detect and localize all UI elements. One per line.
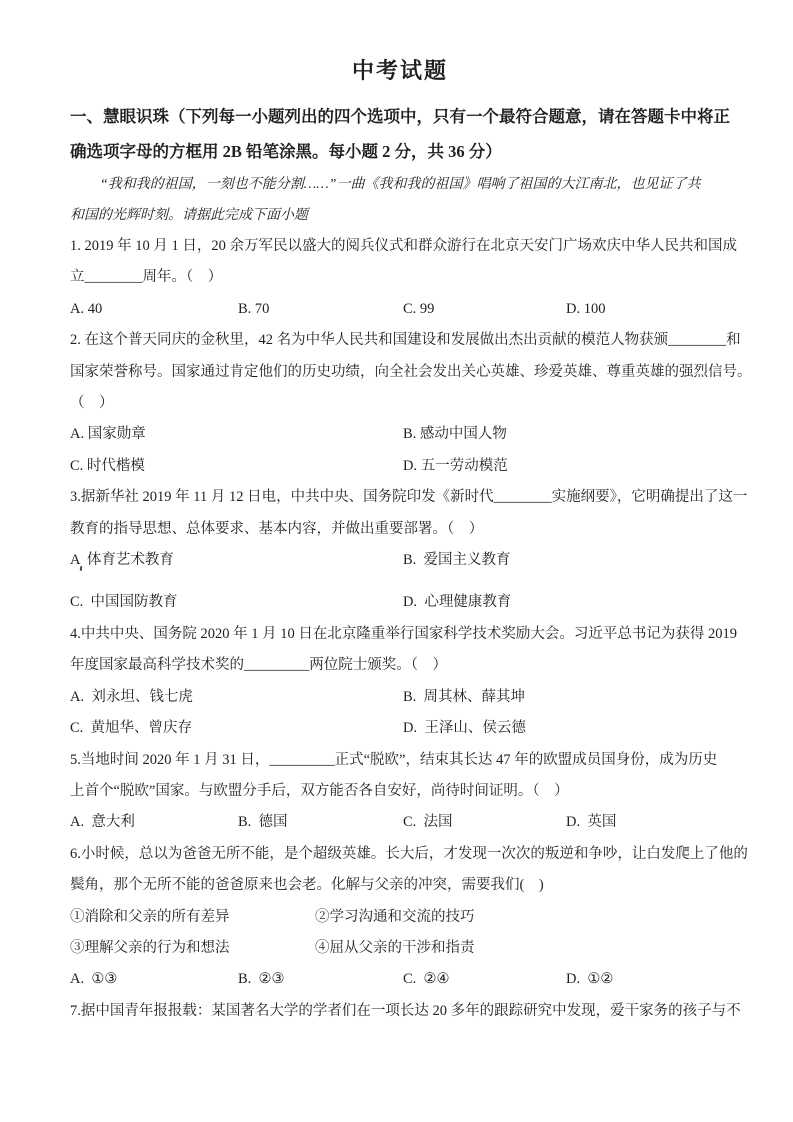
option-b: B. 感动中国人物 — [403, 419, 730, 450]
option-c: C. 中国国防教育 — [70, 587, 403, 618]
question-2-line2: 国家荣誉称号。国家通过肯定他们的历史功绩，向全社会发出关心英雄、珍爱英雄、尊重英… — [70, 357, 730, 388]
section-heading: 一、慧眼识珠（下列每一小题列出的四个选项中，只有一个最符合题意，请在答题卡中将正… — [70, 99, 730, 169]
intro-line2: 和国的光辉时刻。请据此完成下面小题 — [70, 200, 730, 231]
exam-page: 中考试题 一、慧眼识珠（下列每一小题列出的四个选项中，只有一个最符合题意，请在答… — [0, 0, 793, 1122]
substatement-3: ③理解父亲的行为和想法 — [70, 933, 315, 964]
option-c: C. 黄旭华、曾庆存 — [70, 713, 403, 744]
option-b: B. 爱国主义教育 — [403, 545, 730, 576]
option-b: B. 70 — [238, 294, 403, 325]
option-d: D. 王泽山、侯云德 — [403, 713, 730, 744]
intro-line1: “我和我的祖国，一刻也不能分割……”一曲《我和我的祖国》唱响了祖国的大江南北，也… — [70, 169, 730, 200]
option-a: A. 国家勋章 — [70, 419, 403, 450]
question-5-options: A. 意大利 B. 德国 C. 法国 D. 英国 — [70, 807, 730, 838]
option-a: A. 意大利 — [70, 807, 238, 838]
question-3: 3.据新华社 2019 年 11 月 12 日电，中共中央、国务院印发《新时代_… — [70, 482, 730, 619]
substatement-2: ②学习沟通和交流的技巧 — [315, 902, 730, 933]
option-d: D. 五一劳动模范 — [403, 451, 730, 482]
question-6-substatements-row1: ①消除和父亲的所有差异 ②学习沟通和交流的技巧 — [70, 902, 730, 933]
option-d: D. ①② — [566, 964, 730, 995]
document-content: 中考试题 一、慧眼识珠（下列每一小题列出的四个选项中，只有一个最符合题意，请在答… — [70, 56, 730, 1027]
question-1-line1: 1. 2019 年 10 月 1 日，20 余万军民以盛大的阅兵仪式和群众游行在… — [70, 231, 730, 262]
question-1-options: A. 40 B. 70 C. 99 D. 100 — [70, 294, 730, 325]
question-6-line2: 鬓角，那个无所不能的爸爸原来也会老。化解与父亲的冲突，需要我们( ) — [70, 870, 730, 901]
option-b: B. ②③ — [238, 964, 403, 995]
question-4: 4.中共中央、国务院 2020 年 1 月 10 日在北京隆重举行国家科学技术奖… — [70, 619, 730, 745]
question-4-line1: 4.中共中央、国务院 2020 年 1 月 10 日在北京隆重举行国家科学技术奖… — [70, 619, 730, 650]
option-a: A. ①③ — [70, 964, 238, 995]
section-heading-line2: 确选项字母的方框用 2B 铅笔涂黑。每小题 2 分，共 36 分） — [70, 134, 730, 169]
question-2: 2. 在这个普天同庆的金秋里，42 名为中华人民共和国建设和发展做出杰出贡献的模… — [70, 325, 730, 482]
question-4-options-row1: A. 刘永坦、钱七虎 B. 周其林、薛其坤 — [70, 682, 730, 713]
question-6-options: A. ①③ B. ②③ C. ②④ D. ①② — [70, 964, 730, 995]
option-c: C. 时代楷模 — [70, 451, 403, 482]
question-4-options-row2: C. 黄旭华、曾庆存 D. 王泽山、侯云德 — [70, 713, 730, 744]
question-7-line1: 7.据中国青年报报载：某国著名大学的学者们在一项长达 20 多年的跟踪研究中发现… — [70, 996, 730, 1027]
question-3-line2: 教育的指导思想、总体要求、基本内容，并做出重要部署。（ ） — [70, 514, 730, 545]
substatement-4: ④屈从父亲的干涉和指责 — [315, 933, 730, 964]
question-5-line1: 5.当地时间 2020 年 1 月 31 日，_________正式“脱欧”，结… — [70, 745, 730, 776]
substatement-1: ①消除和父亲的所有差异 — [70, 902, 315, 933]
question-7: 7.据中国青年报报载：某国著名大学的学者们在一项长达 20 多年的跟踪研究中发现… — [70, 996, 730, 1027]
question-3-options-row1: A 体育艺术教育 B. 爱国主义教育 — [70, 545, 730, 576]
option-b: B. 德国 — [238, 807, 403, 838]
option-b: B. 周其林、薛其坤 — [403, 682, 730, 713]
option-a: A. 刘永坦、钱七虎 — [70, 682, 403, 713]
page-title: 中考试题 — [70, 56, 730, 86]
questions: 1. 2019 年 10 月 1 日，20 余万军民以盛大的阅兵仪式和群众游行在… — [70, 231, 730, 1027]
question-5-line2: 上首个“脱欧”国家。与欧盟分手后，双方能否各自安好，尚待时间证明。（ ） — [70, 776, 730, 807]
question-3-line1: 3.据新华社 2019 年 11 月 12 日电，中共中央、国务院印发《新时代_… — [70, 482, 730, 513]
section-heading-line1: 一、慧眼识珠（下列每一小题列出的四个选项中，只有一个最符合题意，请在答题卡中将正 — [70, 99, 730, 134]
question-1-line2: 立________周年。（ ） — [70, 262, 730, 293]
question-5: 5.当地时间 2020 年 1 月 31 日，_________正式“脱欧”，结… — [70, 745, 730, 839]
question-1: 1. 2019 年 10 月 1 日，20 余万军民以盛大的阅兵仪式和群众游行在… — [70, 231, 730, 325]
question-4-line2: 年度国家最高科学技术奖的_________两位院士颁奖。（ ） — [70, 650, 730, 681]
option-d: D. 英国 — [566, 807, 730, 838]
question-2-options-row2: C. 时代楷模 D. 五一劳动模范 — [70, 451, 730, 482]
question-2-options-row1: A. 国家勋章 B. 感动中国人物 — [70, 419, 730, 450]
option-d: D. 心理健康教育 — [403, 587, 730, 618]
question-2-line1: 2. 在这个普天同庆的金秋里，42 名为中华人民共和国建设和发展做出杰出贡献的模… — [70, 325, 730, 356]
question-3-options-row2: C. 中国国防教育 D. 心理健康教育 — [70, 587, 730, 618]
question-2-line3: （ ） — [70, 388, 730, 419]
option-a: A 体育艺术教育 — [70, 545, 403, 576]
question-6-substatements-row2: ③理解父亲的行为和想法 ④屈从父亲的干涉和指责 — [70, 933, 730, 964]
option-c: C. 99 — [403, 294, 566, 325]
option-d: D. 100 — [566, 294, 730, 325]
question-6-line1: 6.小时候，总以为爸爸无所不能，是个超级英雄。长大后，才发现一次次的叛逆和争吵，… — [70, 839, 730, 870]
option-a: A. 40 — [70, 294, 238, 325]
intro-paragraph: “我和我的祖国，一刻也不能分割……”一曲《我和我的祖国》唱响了祖国的大江南北，也… — [70, 169, 730, 231]
question-6: 6.小时候，总以为爸爸无所不能，是个超级英雄。长大后，才发现一次次的叛逆和争吵，… — [70, 839, 730, 996]
option-c: C. ②④ — [403, 964, 566, 995]
option-c: C. 法国 — [403, 807, 566, 838]
